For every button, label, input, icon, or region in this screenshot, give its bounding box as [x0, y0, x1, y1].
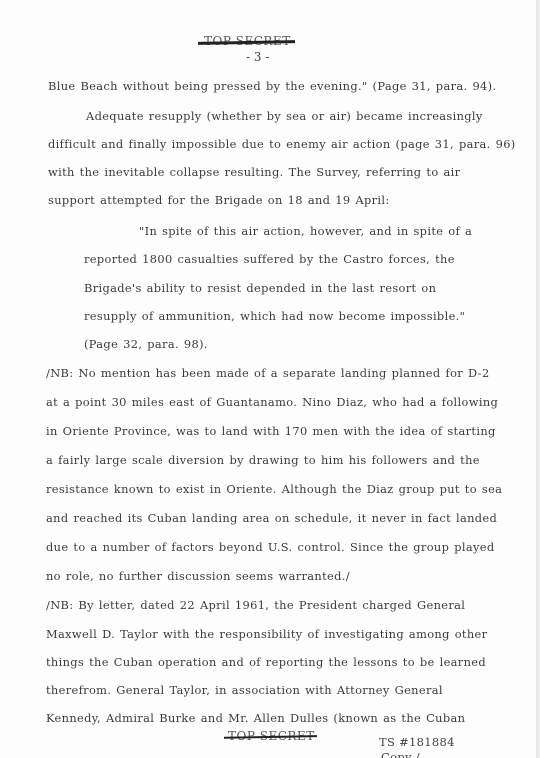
text-line: support attempted for the Brigade on 18 … — [48, 193, 390, 207]
note-line: and reached its Cuban landing area on sc… — [46, 511, 497, 525]
note-line: a fairly large scale diversion by drawin… — [46, 453, 480, 467]
note-line: /NB: By letter, dated 22 April 1961, the… — [46, 598, 465, 612]
note-line: in Oriente Province, was to land with 17… — [46, 424, 496, 438]
note-line: therefrom. General Taylor, in associatio… — [46, 683, 443, 697]
text-line: Blue Beach without being pressed by the … — [48, 79, 496, 93]
note-line: at a point 30 miles east of Guantanamo. … — [46, 395, 498, 409]
copy-number: Copy / — [381, 750, 420, 758]
note-line: things the Cuban operation and of report… — [46, 655, 486, 669]
text-line: with the inevitable collapse resulting. … — [48, 165, 460, 179]
control-number: TS #181884 — [379, 735, 455, 749]
document-page: TOP SECRET - 3 - Blue Beach without bein… — [0, 0, 537, 758]
note-line: resistance known to exist in Oriente. Al… — [46, 482, 502, 496]
quote-line: resupply of ammunition, which had now be… — [84, 309, 465, 323]
page-number: - 3 - — [246, 50, 269, 64]
note-line: Maxwell D. Taylor with the responsibilit… — [46, 627, 487, 641]
note-line: due to a number of factors beyond U.S. c… — [46, 540, 495, 554]
note-line: Kennedy, Admiral Burke and Mr. Allen Dul… — [46, 711, 465, 725]
quote-line: "In spite of this air action, however, a… — [139, 224, 472, 238]
text-line: Adequate resupply (whether by sea or air… — [86, 109, 483, 123]
text-line: difficult and finally impossible due to … — [48, 137, 516, 151]
classification-marking-bottom: TOP SECRET — [228, 729, 315, 743]
note-line: no role, no further discussion seems war… — [46, 569, 350, 583]
page-edge-shadow — [536, 0, 540, 758]
quote-line: (Page 32, para. 98). — [84, 337, 208, 351]
quote-line: reported 1800 casualties suffered by the… — [84, 252, 455, 266]
quote-line: Brigade's ability to resist depended in … — [84, 281, 436, 295]
classification-marking-top: TOP SECRET — [204, 34, 291, 48]
note-line: /NB: No mention has been made of a separ… — [46, 366, 490, 380]
